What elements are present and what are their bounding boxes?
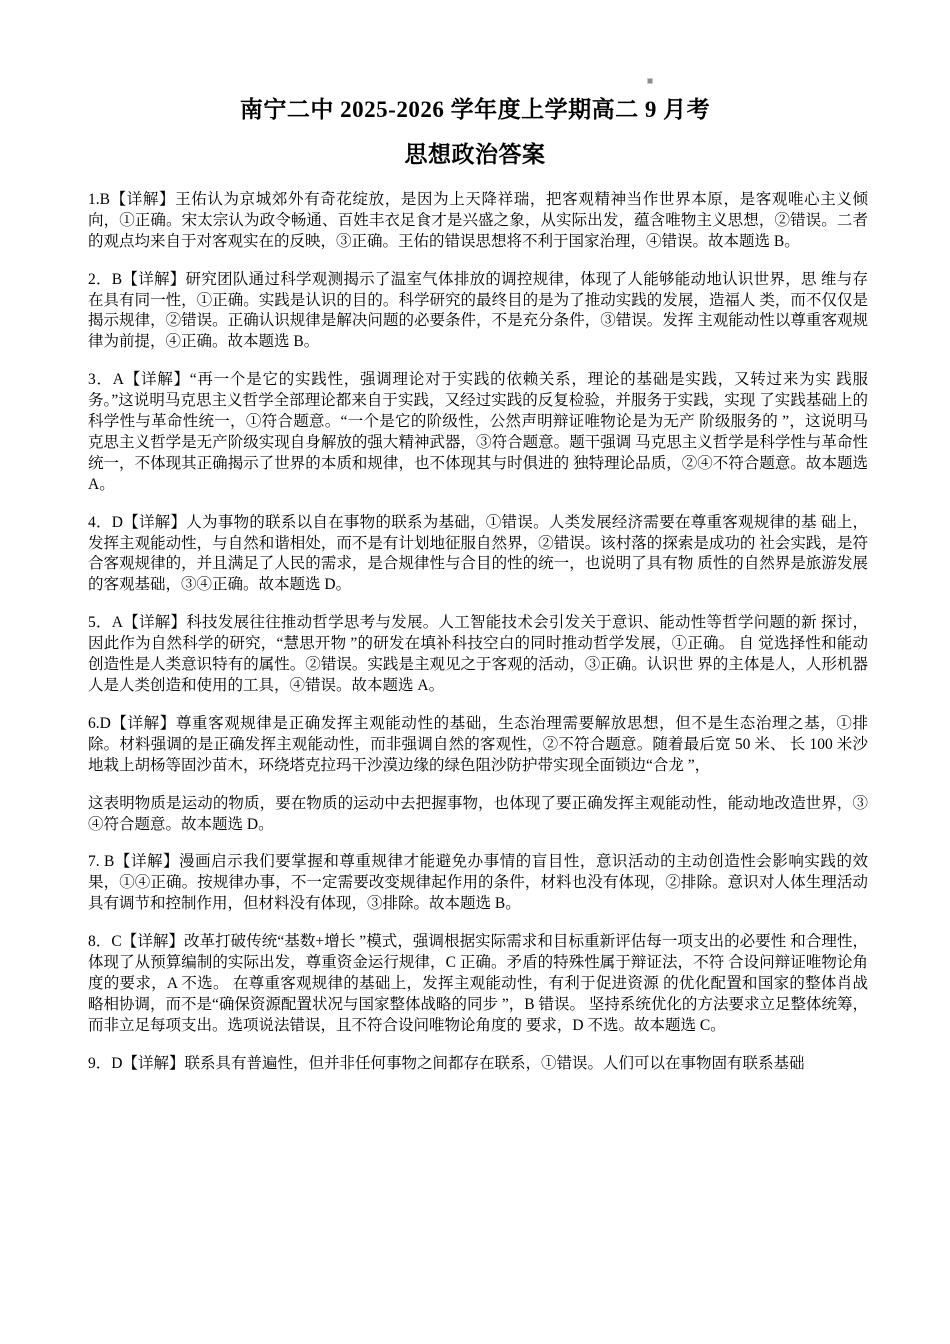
stray-mark-dot — [648, 79, 652, 83]
answer-paragraph: 4．D【详解】人为事物的联系以自在事物的联系为基础，①错误。人类发展经济需要在尊… — [88, 513, 868, 597]
answer-paragraph: 6.D【详解】尊重客观规律是正确发挥主观能动性的基础，生态治理需要解放思想，但不… — [88, 714, 868, 777]
document-subtitle: 思想政治答案 — [0, 142, 950, 168]
answer-paragraph: 7. B【详解】漫画启示我们要掌握和尊重规律才能避免办事情的盲目性，意识活动的主… — [88, 852, 868, 915]
answer-paragraph: 3．A【详解】“再一个是它的实践性，强调理论对于实践的依赖关系，理论的基础是实践… — [88, 370, 868, 495]
answer-paragraph: 9．D【详解】联系具有普遍性，但并非任何事物之间都存在联系，①错误。人们可以在事… — [88, 1054, 868, 1075]
answer-paragraph: 1.B【详解】王佑认为京城郊外有奇花绽放，是因为上天降祥瑞，把客观精神当作世界本… — [88, 190, 868, 253]
answer-paragraph: 8．C【详解】改革打破传统“基数+增长 ”模式，强调根据实际需求和目标重新评估每… — [88, 932, 868, 1037]
document-page: 南宁二中 2025-2026 学年度上学期高二 9 月考 思想政治答案 1.B【… — [0, 0, 950, 1344]
answer-paragraph: 这表明物质是运动的物质，要在物质的运动中去把握事物，也体现了要正确发挥主观能动性… — [88, 794, 868, 836]
answer-paragraph: 2．B【详解】研究团队通过科学观测揭示了温室气体排放的调控规律，体现了人能够能动… — [88, 270, 868, 354]
document-title: 南宁二中 2025-2026 学年度上学期高二 9 月考 — [0, 0, 950, 123]
answers-list: 1.B【详解】王佑认为京城郊外有奇花绽放，是因为上天降祥瑞，把客观精神当作世界本… — [88, 190, 868, 1075]
answer-paragraph: 5．A【详解】科技发展往往推动哲学思考与发展。人工智能技术会引发关于意识、能动性… — [88, 613, 868, 697]
